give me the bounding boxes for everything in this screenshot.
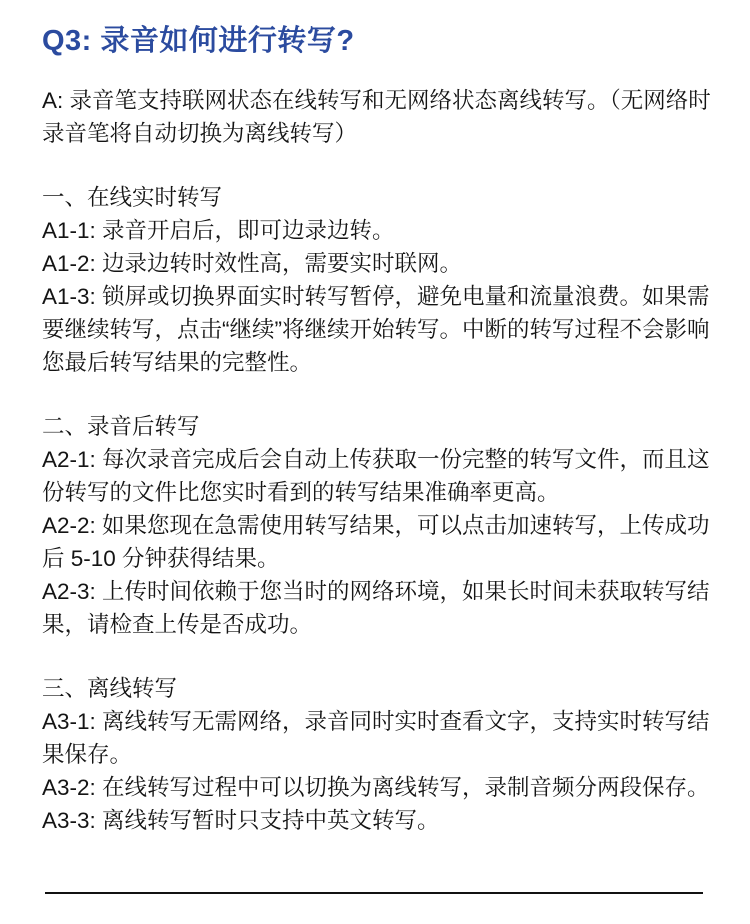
- section-offline-transcription: 三、离线转写 A3-1: 离线转写无需网络，录音同时实时查看文字，支持实时转写结…: [42, 672, 720, 837]
- divider-line: [45, 892, 703, 894]
- section-title: 三、离线转写: [42, 672, 720, 705]
- faq-page: Q3: 录音如何进行转写? A: 录音笔支持联网状态在线转写和无网络状态离线转写…: [0, 0, 750, 924]
- section-title: 二、录音后转写: [42, 410, 720, 443]
- faq-item: A1-2: 边录边转时效性高，需要实时联网。: [42, 247, 720, 280]
- faq-item: A3-2: 在线转写过程中可以切换为离线转写，录制音频分两段保存。: [42, 771, 720, 804]
- answer-intro: A: 录音笔支持联网状态在线转写和无网络状态离线转写。（无网络时录音笔将自动切换…: [42, 84, 720, 150]
- faq-item: A1-3: 锁屏或切换界面实时转写暂停，避免电量和流量浪费。如果需要继续转写，点…: [42, 280, 720, 379]
- question-title: Q3: 录音如何进行转写?: [42, 22, 720, 60]
- section-online-realtime: 一、在线实时转写 A1-1: 录音开启后，即可边录边转。 A1-2: 边录边转时…: [42, 181, 720, 379]
- faq-item: A2-1: 每次录音完成后会自动上传获取一份完整的转写文件，而且这份转写的文件比…: [42, 443, 720, 509]
- faq-item: A3-1: 离线转写无需网络，录音同时实时查看文字，支持实时转写结果保存。: [42, 705, 720, 771]
- section-title: 一、在线实时转写: [42, 181, 720, 214]
- faq-item: A3-3: 离线转写暂时只支持中英文转写。: [42, 804, 720, 837]
- section-after-recording: 二、录音后转写 A2-1: 每次录音完成后会自动上传获取一份完整的转写文件，而且…: [42, 410, 720, 641]
- faq-item: A1-1: 录音开启后，即可边录边转。: [42, 214, 720, 247]
- faq-item: A2-3: 上传时间依赖于您当时的网络环境，如果长时间未获取转写结果，请检查上传…: [42, 575, 720, 641]
- faq-item: A2-2: 如果您现在急需使用转写结果，可以点击加速转写，上传成功后 5-10 …: [42, 509, 720, 575]
